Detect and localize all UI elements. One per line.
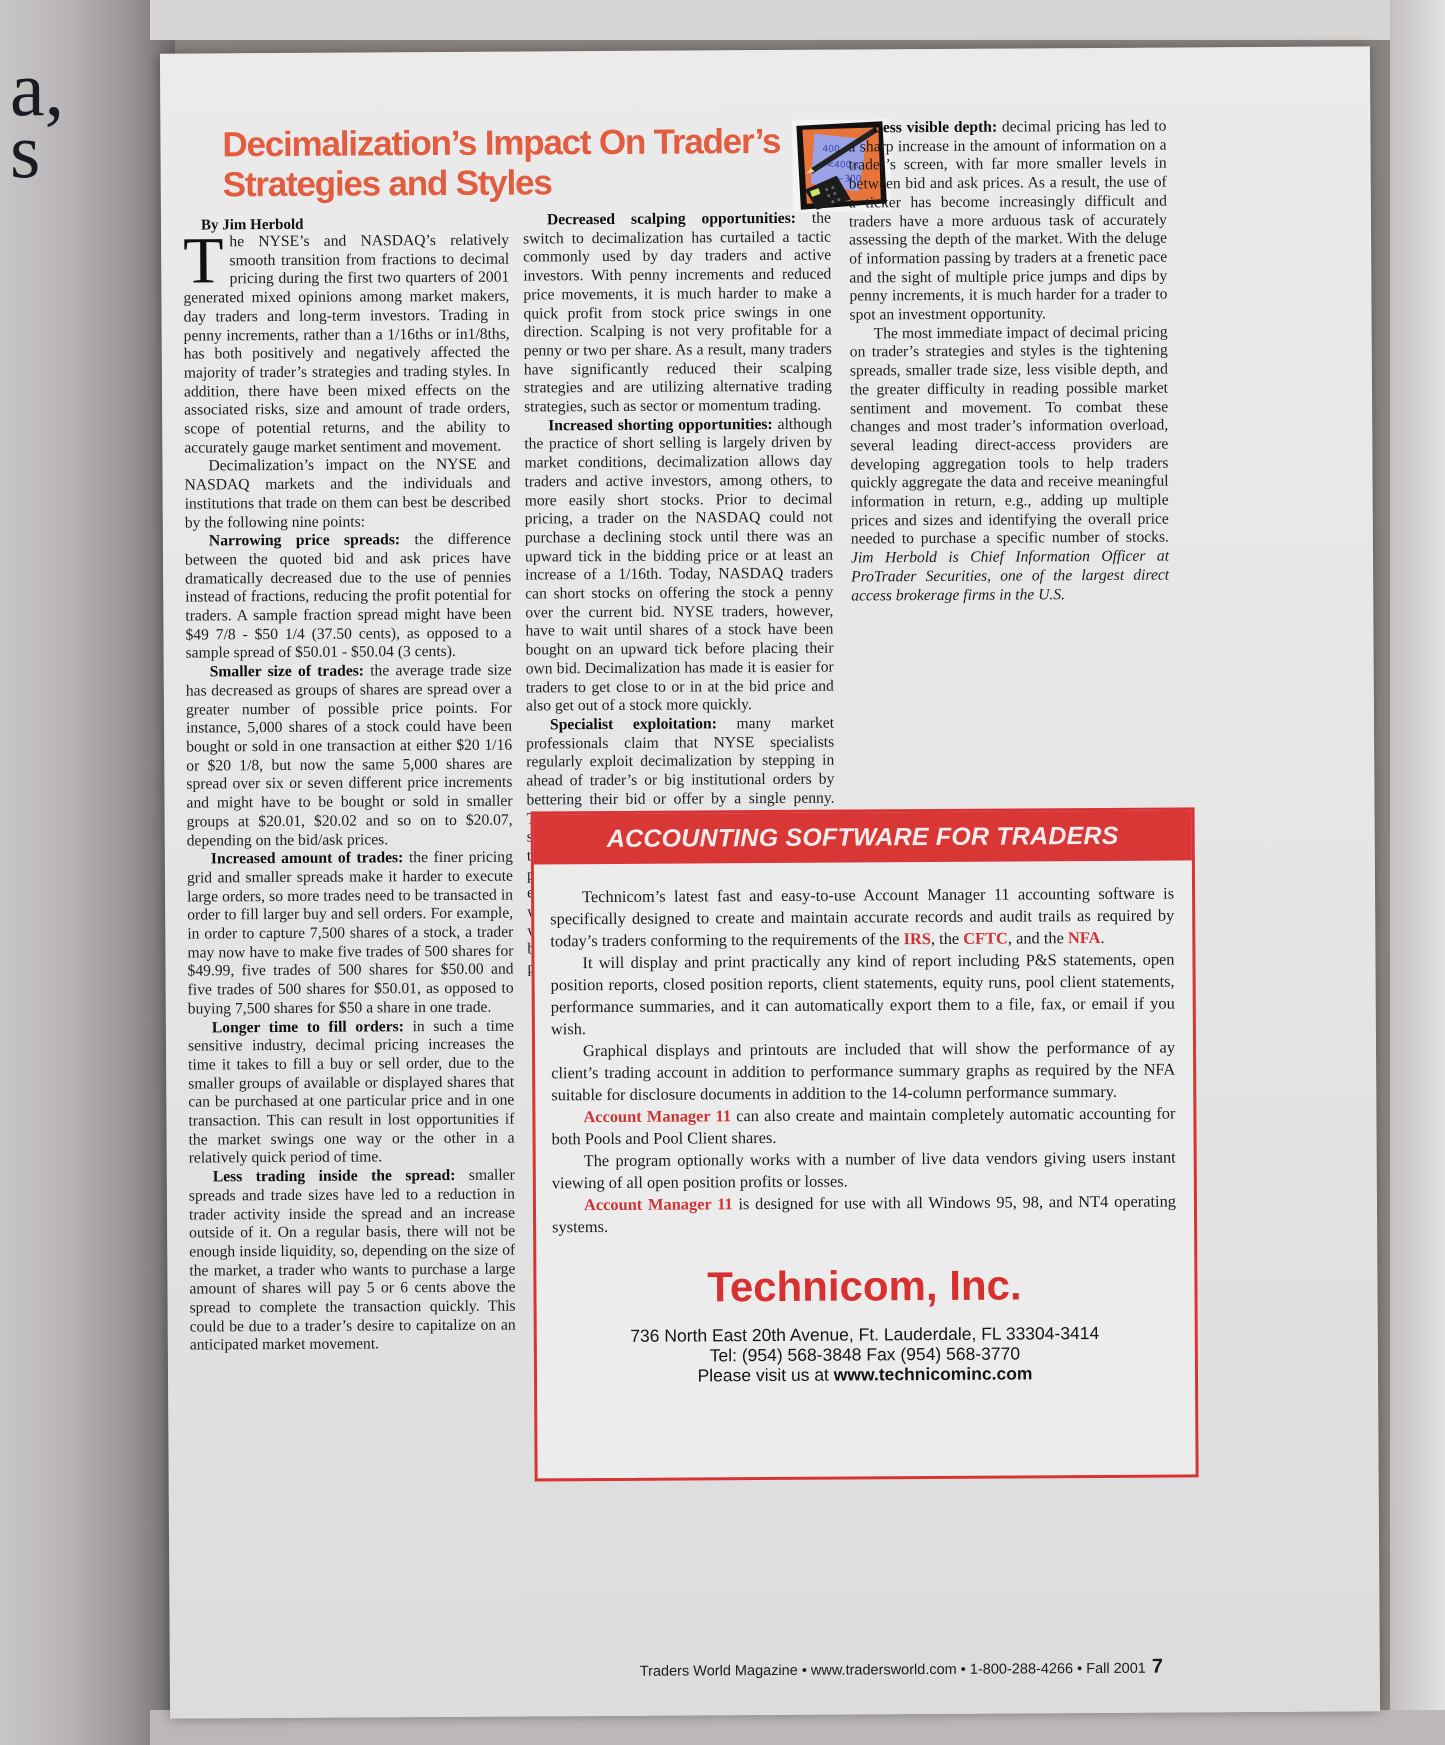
- point-paragraph: Increased amount of trades: the finer pr…: [187, 849, 514, 1019]
- advertisement-box: ACCOUNTING SOFTWARE FOR TRADERS Technico…: [531, 807, 1199, 1481]
- footer-text: Traders World Magazine • www.tradersworl…: [640, 1661, 1146, 1680]
- article-column-3: Less visible depth: decimal pricing has …: [848, 118, 1169, 606]
- ad-contact: 736 North East 20th Avenue, Ft. Lauderda…: [553, 1323, 1177, 1387]
- drop-cap: T: [183, 235, 224, 287]
- ad-paragraph: Graphical displays and printouts are inc…: [551, 1037, 1175, 1107]
- point-paragraph: Longer time to fill orders: in such a ti…: [188, 1017, 515, 1169]
- conclusion-paragraph: The most immediate impact of decimal pri…: [850, 323, 1170, 605]
- point-paragraph: Less visible depth: decimal pricing has …: [848, 118, 1167, 326]
- point-paragraph: Narrowing price spreads: the difference …: [185, 531, 512, 664]
- author-bio: Jim Herbold is Chief Information Officer…: [851, 548, 1169, 604]
- adjacent-page-edge: a, s: [0, 0, 175, 1745]
- point-paragraph: Smaller size of trades: the average trad…: [186, 662, 513, 851]
- intro-paragraph: The NYSE’s and NASDAQ’s relatively smoot…: [183, 232, 510, 458]
- page-footer: Traders World Magazine • www.tradersworl…: [640, 1656, 1163, 1682]
- ad-body: Technicom’s latest fast and easy-to-use …: [534, 860, 1195, 1386]
- ad-paragraph: Technicom’s latest fast and easy-to-use …: [550, 883, 1174, 953]
- ad-paragraph: Account Manager 11 is designed for use w…: [552, 1191, 1176, 1239]
- ad-company-name: Technicom, Inc.: [552, 1261, 1176, 1313]
- point-paragraph: Increased shorting opportunities: althou…: [524, 415, 834, 716]
- ad-website-link[interactable]: www.technicominc.com: [834, 1363, 1033, 1384]
- background-surface: [150, 0, 1445, 40]
- ad-paragraph: The program optionally works with a numb…: [552, 1147, 1176, 1195]
- point-paragraph: Decreased scalping opportunities: the sw…: [523, 210, 832, 418]
- ad-website-line: Please visit us at www.technicominc.com: [553, 1363, 1177, 1387]
- page-number: 7: [1152, 1656, 1163, 1678]
- ad-paragraph: It will display and print practically an…: [550, 949, 1175, 1041]
- ad-paragraph: Account Manager 11 can also create and m…: [551, 1103, 1175, 1151]
- ad-address: 736 North East 20th Avenue, Ft. Lauderda…: [553, 1323, 1177, 1347]
- magazine-page: Decimalization’s Impact On Trader’s Stra…: [160, 46, 1380, 1718]
- background-surface: [1390, 0, 1445, 1745]
- article-column-1: The NYSE’s and NASDAQ’s relatively smoot…: [183, 232, 516, 1356]
- point-paragraph: Less trading inside the spread: smaller …: [189, 1167, 516, 1356]
- adjacent-page-glyph: s: [10, 112, 40, 190]
- intro-paragraph-2: Decimalization’s impact on the NYSE and …: [184, 456, 510, 533]
- ad-header: ACCOUNTING SOFTWARE FOR TRADERS: [534, 810, 1192, 864]
- article-title: Decimalization’s Impact On Trader’s Stra…: [222, 122, 782, 205]
